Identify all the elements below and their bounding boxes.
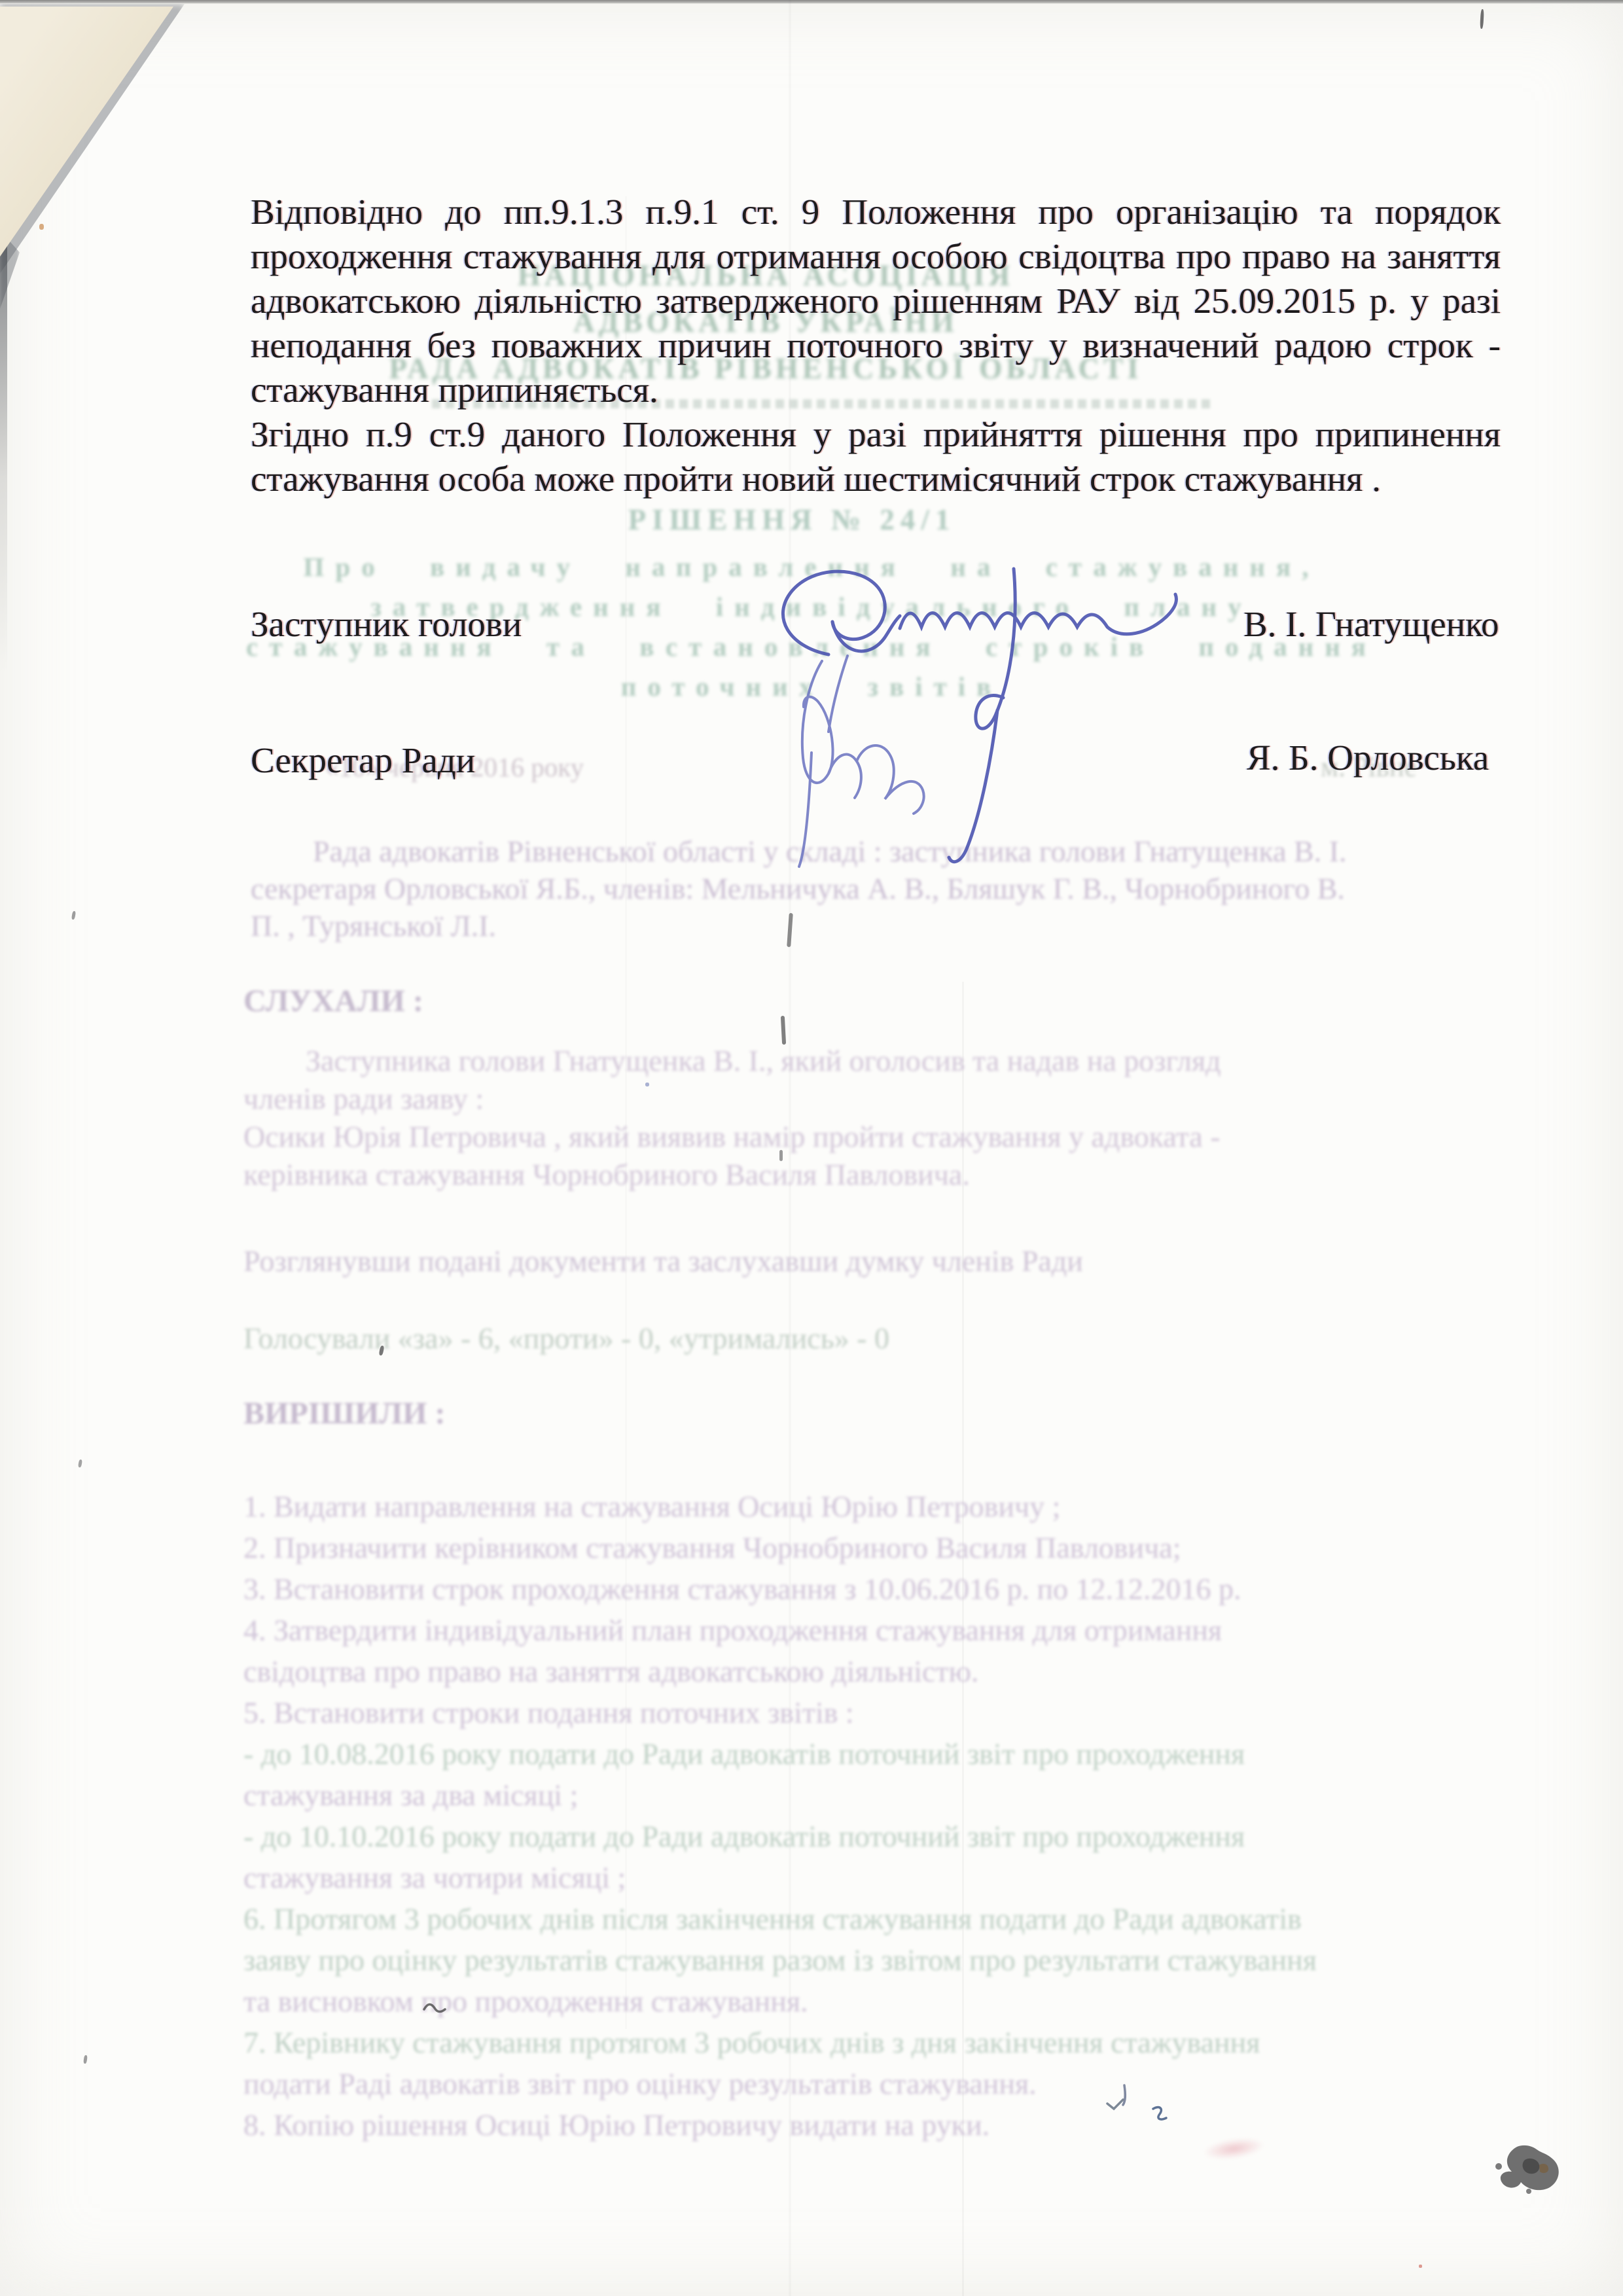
ghost-resolved-label: ВИРІШИЛИ :	[243, 1395, 445, 1431]
ghost-vote-line: Голосували «за» - 6, «проти» - 0, «утрим…	[243, 1321, 1536, 1355]
ghost-resolved-line: та висновком про проходження стажування.	[243, 1981, 1543, 2022]
signatory-name-hnatushchenko: В. І. Гнатущенко	[1243, 602, 1499, 647]
ghost-heard-label: СЛУХАЛИ :	[243, 983, 423, 1019]
main-paragraph-2: Згідно п.9 ст.9 даного Положення у разі …	[251, 412, 1501, 501]
ghost-resolved-list: 1. Видати направлення на стажування Осиц…	[243, 1486, 1543, 2145]
paper-speck	[1480, 9, 1484, 29]
body-text-line: адвокатською діяльністю затвердженого рі…	[251, 279, 1501, 323]
ghost-heard-line: Заступника голови Гнатущенка В. І., який…	[243, 1042, 1536, 1080]
ghost-decision-number: РІШЕННЯ № 24/1	[196, 503, 1387, 537]
paper-speck	[71, 911, 76, 920]
ghost-resolved-line: подати Раді адвокатів звіт про оцінку ре…	[243, 2063, 1543, 2104]
body-text-line: стажування припиняється.	[251, 368, 1501, 412]
signatory-role-deputy-head: Заступник голови	[251, 602, 522, 647]
paper-speck	[39, 224, 44, 230]
ghost-resolved-line: 7. Керівнику стажування протягом 3 робоч…	[243, 2022, 1543, 2063]
body-text-line: неподання без поважних причин поточного …	[251, 323, 1501, 368]
scan-top-edge	[0, 0, 1623, 4]
ghost-resolved-line: стажування за чотири місяці ;	[243, 1857, 1543, 1898]
main-paragraph-1: Відповідно до пп.9.1.3 п.9.1 ст. 9 Полож…	[251, 190, 1501, 412]
ghost-heard-line: керівника стажування Чорнобриного Василя…	[243, 1156, 1536, 1194]
ghost-composition-line: секретаря Орловської Я.Б., членів: Мельн…	[251, 870, 1537, 907]
paper-speck	[78, 1460, 82, 1468]
gray-pen-stroke	[779, 1150, 783, 1161]
ghost-resolved-line: - до 10.10.2016 року подати до Ради адво…	[243, 1816, 1543, 1857]
paper-speck	[645, 1083, 649, 1086]
ghost-heard-line: Осики Юрія Петровича , який виявив намір…	[243, 1118, 1536, 1156]
ghost-subject-line: Про видачу направлення на стажування,	[196, 547, 1427, 587]
ghost-resolved-line: - до 10.08.2016 року подати до Ради адво…	[243, 1733, 1543, 1774]
gray-pen-stroke	[781, 1016, 786, 1045]
body-text-line: проходження стажування для отримання осо…	[251, 234, 1501, 279]
ghost-resolved-line: 1. Видати направлення на стажування Осиц…	[243, 1486, 1543, 1527]
ghost-council-composition: Рада адвокатів Рівненської області у скл…	[251, 833, 1537, 944]
body-text-line: стажування особа може пройти новий шести…	[251, 457, 1501, 501]
ghost-resolved-line: 6. Протягом 3 робочих днів після закінче…	[243, 1898, 1543, 1939]
ghost-resolved-line: 8. Копію рішення Осиці Юрію Петровичу ви…	[243, 2104, 1543, 2145]
ghost-resolved-line: стажування за два місяці ;	[243, 1774, 1543, 1816]
ghost-considered-line: Розглянувши подані документи та заслухав…	[243, 1244, 1536, 1278]
ghost-resolved-line: заяву про оцінку результатів стажування …	[243, 1939, 1543, 1981]
ghost-resolved-line: 2. Призначити керівником стажування Чорн…	[243, 1527, 1543, 1568]
ghost-composition-line: П. , Турянської Л.І.	[251, 907, 1537, 944]
signatory-role-secretary: Секретар Ради	[251, 738, 475, 783]
signatory-name-orlovska: Я. Б. Орловська	[1247, 736, 1489, 780]
body-text-line: Відповідно до пп.9.1.3 п.9.1 ст. 9 Полож…	[251, 190, 1501, 234]
ghost-resolved-line: 4. Затвердити індивідуальний план проход…	[243, 1609, 1543, 1651]
paper-speck	[83, 2055, 88, 2064]
ink-blob	[1495, 2145, 1559, 2194]
body-text-line: Згідно п.9 ст.9 даного Положення у разі …	[251, 412, 1501, 457]
ghost-composition-line: Рада адвокатів Рівненської області у скл…	[251, 833, 1537, 870]
ghost-subject-line: поточних звітів	[196, 667, 1427, 707]
ghost-resolved-line: 3. Встановити строк проходження стажуван…	[243, 1568, 1543, 1609]
ghost-resolved-line: свідоцтва про право на заняття адвокатсь…	[243, 1651, 1543, 1692]
ghost-resolved-line: 5. Встановити строки подання поточних зв…	[243, 1692, 1543, 1733]
ghost-heard-block: Заступника голови Гнатущенка В. І., який…	[243, 1042, 1536, 1194]
paper-speck	[1419, 2265, 1422, 2268]
scanned-document-page: НАЦІОНАЛЬНА АСОЦІАЦІЯАДВОКАТІВ УКРАЇНИРА…	[0, 0, 1623, 2296]
ghost-heard-line: членів ради заяву :	[243, 1080, 1536, 1118]
scan-left-edge	[0, 241, 7, 673]
